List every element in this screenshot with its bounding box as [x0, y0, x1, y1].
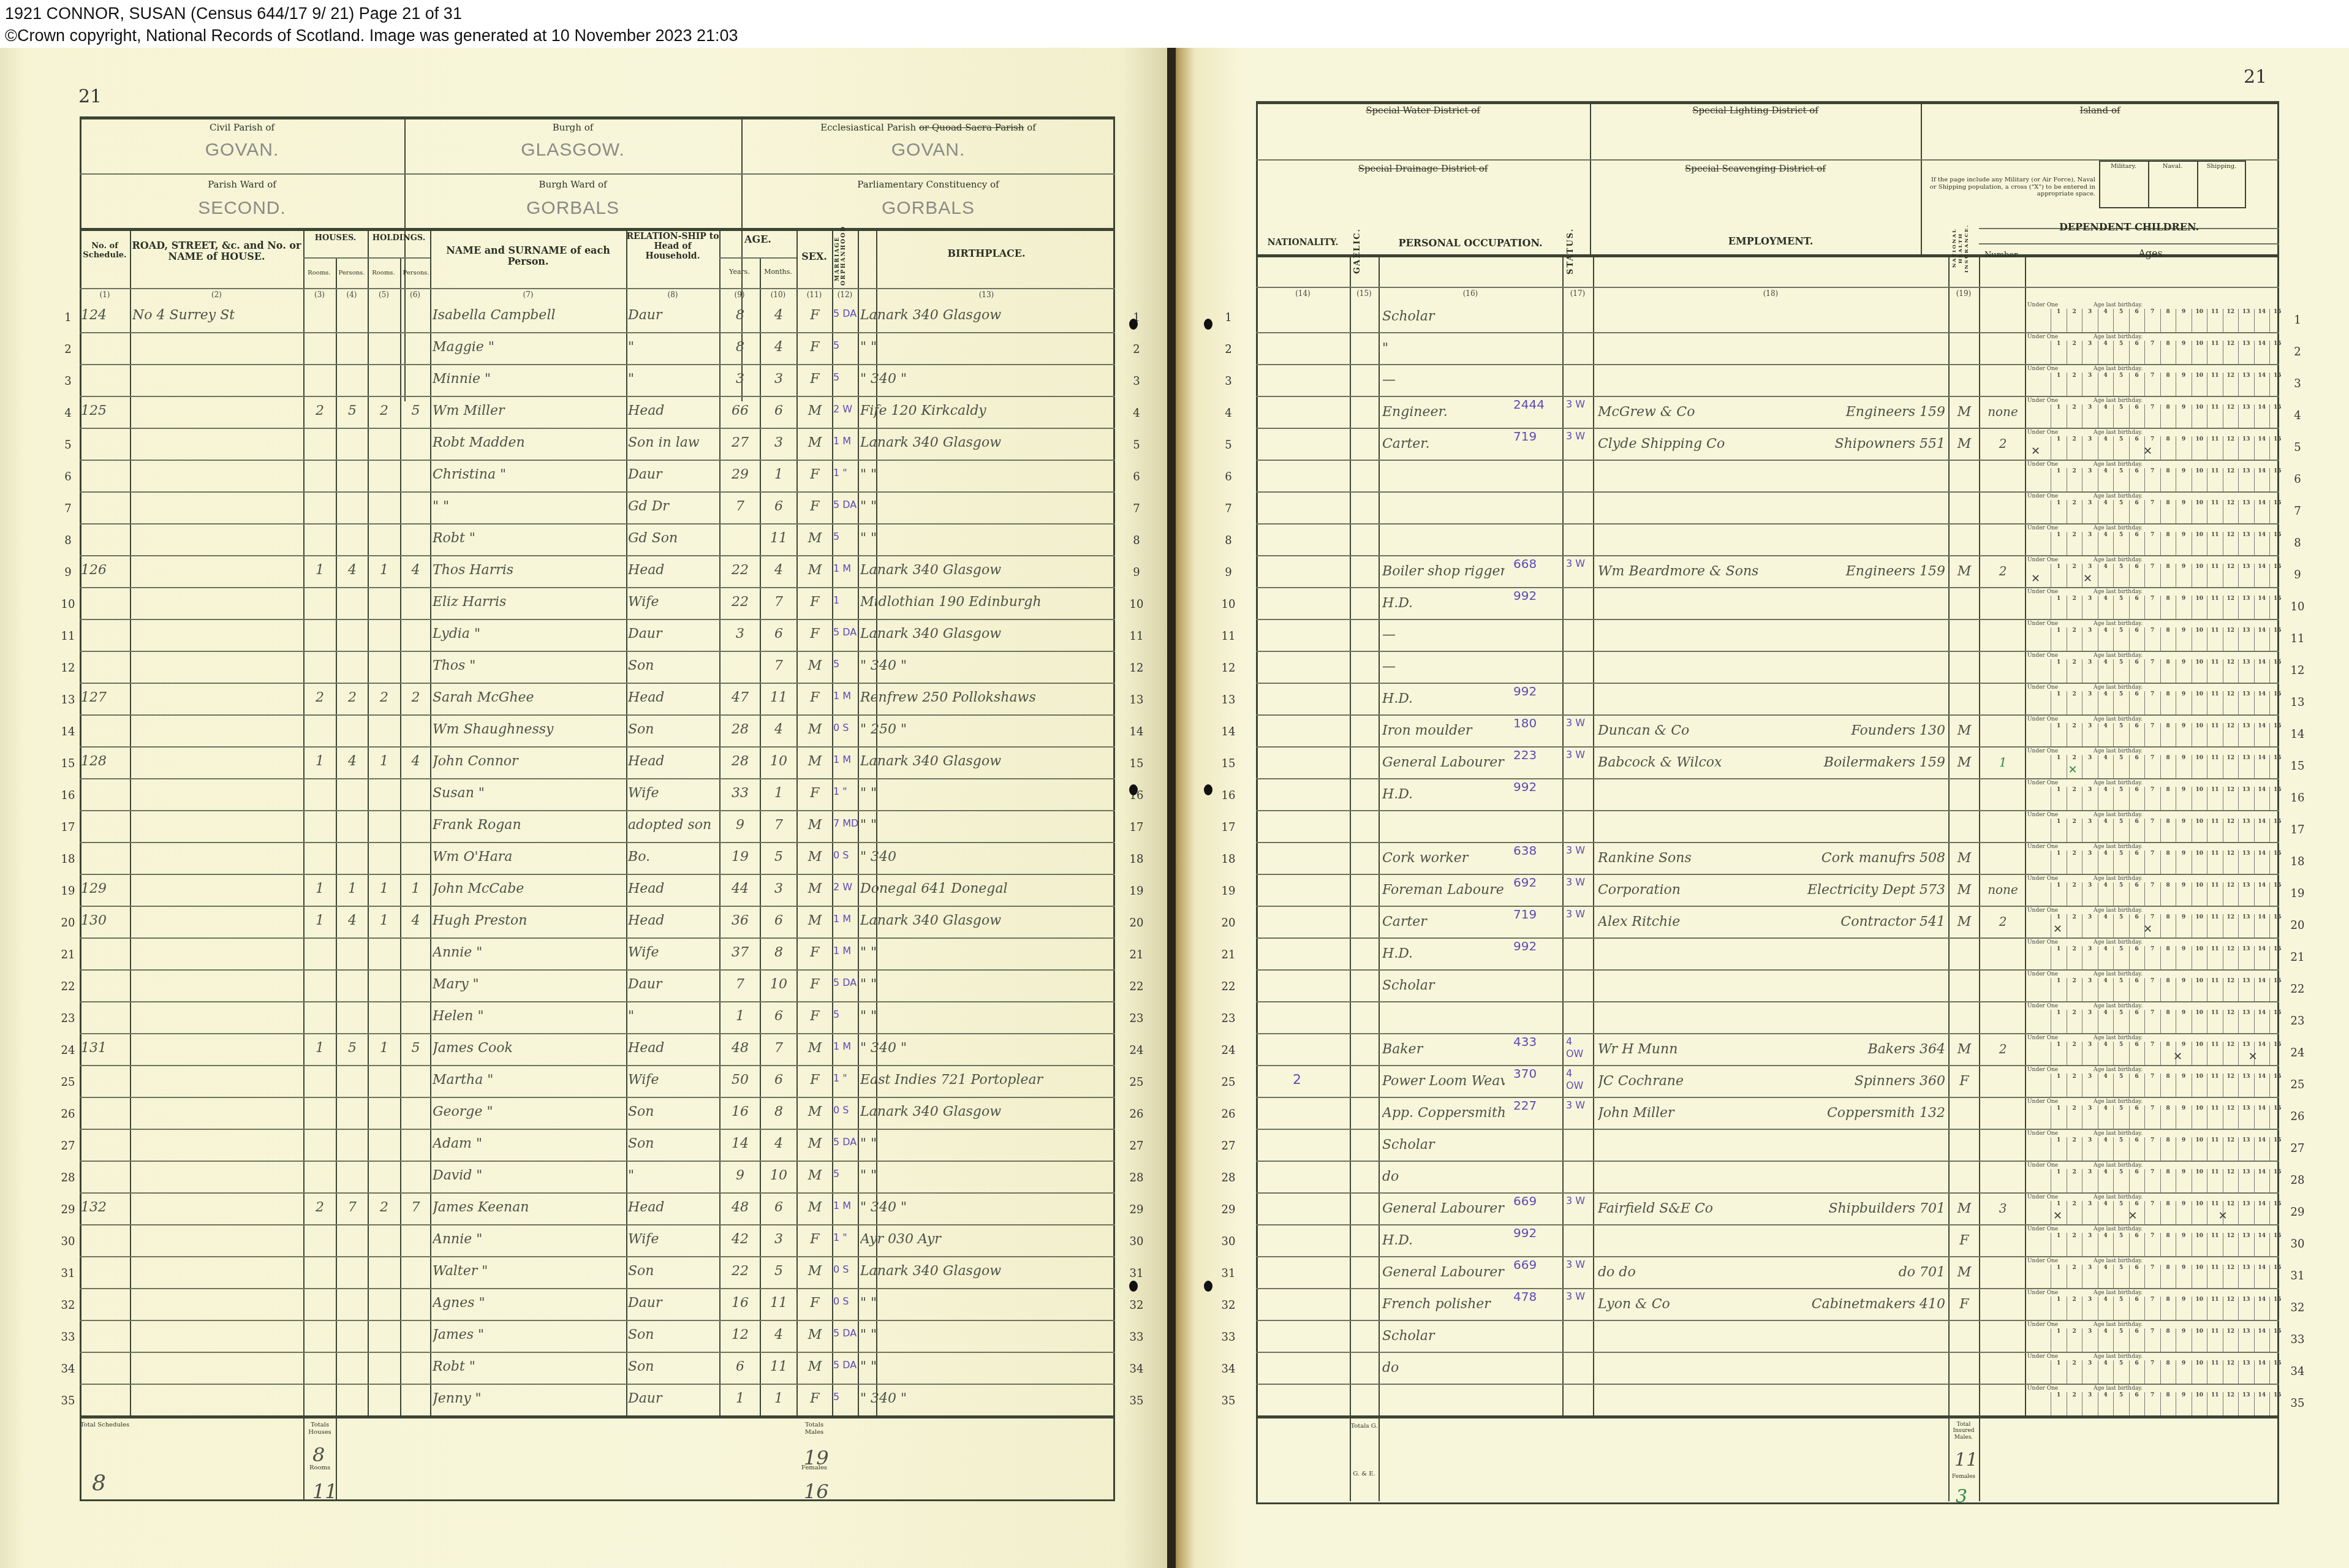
age-cross-mark: ✕ [2031, 572, 2040, 585]
cell-rel: Daur [628, 977, 719, 992]
under-one-label: Under One [2027, 876, 2058, 882]
dependent-age-grid: Under OneAge last birthday.1234567891011… [2026, 684, 2279, 713]
row-rule [80, 810, 1115, 811]
age-column: 14 [2254, 627, 2270, 651]
age-column: 2 [2067, 309, 2082, 332]
cell-rel: Gd Son [628, 531, 719, 546]
age-column: 6 [2129, 404, 2145, 428]
cell-name: Sarah McGhee [433, 690, 625, 705]
cell-employer: do do [1598, 1265, 1782, 1280]
age-column: 6 [2129, 787, 2145, 810]
cell-months: 10 [762, 1168, 796, 1183]
age-column: 10 [2192, 914, 2207, 937]
cell-rel: Head [628, 562, 719, 578]
cell-rel: Head [628, 913, 719, 928]
age-last-birthday-label: Age last birthday. [2094, 493, 2143, 499]
column-divider [719, 228, 721, 1415]
cell-months: 4 [762, 308, 796, 323]
cell-rel: Head [628, 881, 719, 896]
cell-name: Thos " [433, 658, 625, 673]
age-column: 3 [2082, 914, 2098, 937]
age-column: 9 [2176, 850, 2192, 874]
age-column: 9 [2176, 532, 2192, 555]
age-column: 4 [2098, 1042, 2114, 1065]
age-column: 15 [2269, 500, 2285, 523]
age-columns: 123456789101112131415 [2051, 1265, 2285, 1288]
age-column: 15 [2269, 1074, 2285, 1097]
line-number: 5 [1124, 439, 1149, 452]
age-column: 15 [2269, 723, 2285, 746]
cell-name: Robt " [433, 1359, 625, 1374]
under-one-label: Under One [2027, 366, 2058, 372]
cell-h_rooms: 2 [369, 690, 399, 705]
cell-birth: " 250 " [860, 722, 1114, 737]
age-column: 15 [2269, 946, 2285, 969]
age-column: 1 [2051, 500, 2067, 523]
line-number: 34 [2285, 1365, 2310, 1378]
age-column: 9 [2176, 914, 2192, 937]
cell-sex: F [798, 467, 831, 482]
age-column: 3 [2082, 1201, 2098, 1224]
age-column: 12 [2223, 787, 2239, 810]
cell-mar: 0 S [833, 1104, 858, 1116]
age-column: 1 [2051, 723, 2067, 746]
age-column: 4 [2098, 564, 2114, 587]
cell-birth: Lanark 340 Glasgow [860, 626, 1114, 642]
age-cross-mark: ✕ [2031, 445, 2040, 458]
age-column: 11 [2207, 882, 2223, 906]
age-column: 7 [2144, 691, 2160, 714]
cell-months: 3 [762, 1232, 796, 1247]
age-column: 9 [2176, 468, 2192, 491]
total-insured-label: Total Insured Males. [1948, 1422, 1979, 1441]
row-rule [80, 683, 1115, 684]
cell-months: 4 [762, 722, 796, 737]
age-column: 15 [2269, 691, 2285, 714]
cell-insurance: M [1952, 404, 1976, 420]
age-column: 6 [2129, 532, 2145, 555]
age-column: 4 [2098, 1169, 2114, 1192]
age-last-birthday-label: Age last birthday. [2094, 589, 2143, 595]
age-column: 7 [2144, 500, 2160, 523]
age-column: 2 [2067, 978, 2082, 1001]
total-insured-females: 3 [1956, 1486, 1978, 1507]
age-column: 8 [2160, 532, 2176, 555]
age-column: 12 [2223, 436, 2239, 460]
row-rule [80, 1001, 1115, 1002]
cell-birth: " 340 [860, 849, 1114, 865]
cell-years: 8 [722, 339, 758, 355]
age-column: 5 [2113, 404, 2129, 428]
age-column: 14 [2254, 723, 2270, 746]
age-column: 11 [2207, 627, 2223, 651]
line-number-gutter: 3 [59, 375, 77, 388]
col-number: (5) [368, 290, 400, 299]
cell-sex: M [798, 754, 831, 769]
age-column: 5 [2113, 787, 2129, 810]
age-column: 6 [2129, 1233, 2145, 1256]
line-number-gutter: 4 [59, 407, 77, 420]
age-column: 1 [2051, 1169, 2067, 1192]
cell-name: Minnie " [433, 371, 625, 387]
dependent-age-grid: Under OneAge last birthday.1234567891011… [2026, 843, 2279, 873]
line-number: 27 [1124, 1140, 1149, 1153]
cell-h_persons: 7 [401, 1200, 430, 1215]
cell-birth: Renfrew 250 Pollokshaws [860, 690, 1114, 705]
age-last-birthday-label: Age last birthday. [2094, 366, 2143, 372]
under-one-label: Under One [2027, 493, 2058, 499]
cell-name: Eliz Harris [433, 594, 625, 610]
total-insured-males: 11 [1954, 1449, 1976, 1471]
under-one-label: Under One [2027, 1290, 2058, 1296]
cell-occupation-code: 719 [1513, 907, 1561, 922]
age-columns: 123456789101112131415 [2051, 659, 2285, 683]
age-column: 1 [2051, 596, 2067, 619]
age-column: 1 [2051, 341, 2067, 364]
line-number: 24 [2285, 1047, 2310, 1059]
district-stamp: GORBALS [741, 198, 1115, 219]
cell-birth: " " [860, 817, 1114, 833]
cell-occupation: — [1382, 373, 1505, 388]
age-column: 4 [2098, 914, 2114, 937]
total-houses: 8 [312, 1443, 337, 1466]
cell-birth: " 340 " [860, 658, 1114, 673]
age-cross-mark: ✕ [2068, 763, 2078, 776]
line-number: 12 [2285, 664, 2310, 677]
age-column: 15 [2269, 914, 2285, 937]
age-column: 11 [2207, 532, 2223, 555]
age-column: 5 [2113, 914, 2129, 937]
age-column: 15 [2269, 850, 2285, 874]
line-number: 4 [1124, 407, 1149, 420]
cell-employer: McGrew & Co [1598, 404, 1782, 420]
age-column: 7 [2144, 1201, 2160, 1224]
cell-name: Susan " [433, 786, 625, 801]
age-column: 13 [2238, 1169, 2254, 1192]
age-column: 1 [2051, 1360, 2067, 1384]
age-column: 8 [2160, 1360, 2176, 1384]
age-column: 7 [2144, 819, 2160, 842]
age-column: 2 [2067, 500, 2082, 523]
cell-occupation-code: 668 [1513, 556, 1561, 571]
cell-name: John Connor [433, 754, 625, 769]
age-column: 12 [2223, 850, 2239, 874]
cell-schedule: 132 [81, 1200, 130, 1215]
cell-name: David " [433, 1168, 625, 1183]
cell-occupation-code: 992 [1513, 588, 1561, 603]
age-column: 9 [2176, 500, 2192, 523]
column-divider [1379, 1415, 1380, 1501]
column-divider [400, 257, 401, 1415]
cell-occupation: Scholar [1382, 1137, 1505, 1153]
line-number: 31 [1124, 1267, 1149, 1280]
age-column: 8 [2160, 691, 2176, 714]
line-number-gutter: 20 [1219, 917, 1238, 930]
line-number-gutter: 31 [1219, 1267, 1238, 1280]
age-column: 13 [2238, 436, 2254, 460]
age-column: 6 [2129, 1137, 2145, 1161]
cell-status: 3 W [1566, 908, 1592, 920]
cell-name: Martha " [433, 1072, 625, 1088]
line-number: 19 [2285, 887, 2310, 900]
age-column: 6 [2129, 850, 2145, 874]
cell-status: 3 W [1566, 1195, 1592, 1207]
cell-months: 3 [762, 881, 796, 896]
age-column: 9 [2176, 436, 2192, 460]
cell-sex: F [798, 945, 831, 960]
under-one-label: Under One [2027, 907, 2058, 914]
age-column: 4 [2098, 1201, 2114, 1224]
col-number: (13) [858, 290, 1115, 299]
cell-sex: M [798, 1104, 831, 1119]
cell-sex: F [798, 499, 831, 514]
age-column: 7 [2144, 404, 2160, 428]
age-column: 13 [2238, 309, 2254, 332]
age-column: 11 [2207, 564, 2223, 587]
cell-rel: Son in law [628, 435, 719, 450]
age-column: 1 [2051, 850, 2067, 874]
age-column: 9 [2176, 1201, 2192, 1224]
col-header-insurance: NATIONAL HEALTH INSURANCE. [1951, 211, 1978, 285]
col-number: (1) [80, 290, 130, 299]
district-label strike: Island of [1921, 105, 2279, 116]
age-column: 14 [2254, 850, 2270, 874]
under-one-label: Under One [2027, 525, 2058, 531]
age-column: 1 [2051, 978, 2067, 1001]
age-column: 9 [2176, 341, 2192, 364]
age-column: 2 [2067, 436, 2082, 460]
cell-sex: M [798, 403, 831, 419]
col-header-age: AGE. [719, 234, 796, 245]
book-spine [1167, 48, 1176, 1568]
cell-occupation-code: 227 [1513, 1098, 1561, 1113]
age-column: 10 [2192, 723, 2207, 746]
cell-schedule: 127 [81, 690, 130, 705]
cell-mar: 1 M [833, 690, 858, 702]
line-number-gutter: 6 [1219, 471, 1238, 483]
age-last-birthday-label: Age last birthday. [2094, 1226, 2143, 1232]
line-number: 28 [1124, 1172, 1149, 1184]
cell-years: 22 [722, 1263, 758, 1279]
dependent-age-grid: Under OneAge last birthday.1234567891011… [2026, 1225, 2279, 1255]
age-column: 11 [2207, 659, 2223, 683]
age-column: 4 [2098, 627, 2114, 651]
age-column: 11 [2207, 819, 2223, 842]
cell-rel: Head [628, 690, 719, 705]
cell-rel: Bo. [628, 849, 719, 865]
cell-occupation: — [1382, 659, 1505, 675]
cell-occupation: Carter [1382, 914, 1505, 930]
line-number: 25 [2285, 1078, 2310, 1091]
line-number-gutter: 8 [59, 534, 77, 547]
age-column: 6 [2129, 341, 2145, 364]
cell-birth: " " [860, 1136, 1114, 1151]
age-column: 10 [2192, 1169, 2207, 1192]
age-column: 1 [2051, 1233, 2067, 1256]
age-column: 4 [2098, 596, 2114, 619]
column-divider [1921, 101, 1922, 254]
row-rule [80, 1352, 1115, 1353]
line-number: 29 [2285, 1206, 2310, 1219]
age-column: 2 [2067, 787, 2082, 810]
cell-employer: Lyon & Co [1598, 1297, 1782, 1312]
line-number-gutter: 29 [59, 1203, 77, 1216]
line-number: 23 [1124, 1012, 1149, 1025]
age-columns: 123456789101112131415 [2051, 1074, 2285, 1097]
age-column: 15 [2269, 1360, 2285, 1384]
cell-rel: Son [628, 1136, 719, 1151]
age-columns: 123456789101112131415 [2051, 1328, 2285, 1352]
dependent-age-grid: Under OneAge last birthday.1234567891011… [2026, 333, 2279, 363]
age-column: 6 [2129, 1105, 2145, 1129]
cell-name: Wm Miller [433, 403, 625, 419]
age-column: 3 [2082, 627, 2098, 651]
cell-rel: Head [628, 1200, 719, 1215]
line-number: 35 [1124, 1395, 1149, 1407]
age-column: 10 [2192, 627, 2207, 651]
age-column: 5 [2113, 691, 2129, 714]
age-column: 14 [2254, 914, 2270, 937]
cell-nationality: 2 [1293, 1072, 1330, 1088]
age-column: 6 [2129, 1392, 2145, 1415]
age-column: 11 [2207, 1010, 2223, 1033]
age-column: 10 [2192, 309, 2207, 332]
age-column: 2 [2067, 404, 2082, 428]
age-column: 11 [2207, 1233, 2223, 1256]
cell-name: John McCabe [433, 881, 625, 896]
cell-birth: " " [860, 786, 1114, 801]
cell-rel: Son [628, 1359, 719, 1374]
age-column: 7 [2144, 882, 2160, 906]
age-column: 12 [2223, 1360, 2239, 1384]
cell-employer: Duncan & Co [1598, 723, 1782, 738]
age-last-birthday-label: Age last birthday. [2094, 1003, 2143, 1009]
age-column: 4 [2098, 1074, 2114, 1097]
row-rule [80, 778, 1115, 779]
age-column: 10 [2192, 882, 2207, 906]
under-one-label: Under One [2027, 1003, 2058, 1009]
age-column: 3 [2082, 532, 2098, 555]
rule [1979, 243, 2279, 244]
age-column: 13 [2238, 659, 2254, 683]
line-number: 24 [1124, 1044, 1149, 1057]
total-rooms: 11 [312, 1480, 337, 1503]
cell-years: 19 [722, 849, 758, 865]
age-column: 7 [2144, 755, 2160, 778]
age-column: 1 [2051, 946, 2067, 969]
age-last-birthday-label: Age last birthday. [2094, 1258, 2143, 1264]
cell-occupation: App. Coppersmith [1382, 1105, 1505, 1121]
cell-employer: Rankine Sons [1598, 850, 1782, 866]
cell-sex: M [798, 913, 831, 928]
line-number-gutter: 33 [59, 1331, 77, 1344]
col-header-schedule: No. of Schedule. [80, 242, 130, 260]
cell-name: Wm Shaughnessy [433, 722, 625, 737]
under-one-label: Under One [2027, 1258, 2058, 1264]
age-column: 8 [2160, 468, 2176, 491]
line-number: 18 [1124, 853, 1149, 866]
row-rule [80, 906, 1115, 907]
age-column: 14 [2254, 1169, 2270, 1192]
age-column: 12 [2223, 882, 2239, 906]
age-columns: 123456789101112131415 [2051, 500, 2285, 523]
rule [1256, 101, 2279, 104]
age-column: 4 [2098, 1360, 2114, 1384]
cell-sex: M [798, 1200, 831, 1215]
age-column: 3 [2082, 1042, 2098, 1065]
cell-months: 5 [762, 1263, 796, 1279]
cell-mar: 7 MD [833, 817, 858, 829]
under-one-label: Under One [2027, 716, 2058, 722]
age-columns: 123456789101112131415 [2051, 532, 2285, 555]
cell-name: Jenny " [433, 1391, 625, 1406]
age-column: 4 [2098, 882, 2114, 906]
under-one-label: Under One [2027, 302, 2058, 308]
cell-occupation-code: 992 [1513, 684, 1561, 699]
total-rooms-label: Rooms [304, 1464, 336, 1472]
cell-months: 10 [762, 754, 796, 769]
age-column: 6 [2129, 1169, 2145, 1192]
age-last-birthday-label: Age last birthday. [2094, 557, 2143, 563]
age-column: 9 [2176, 596, 2192, 619]
cell-rel: adopted son [628, 817, 719, 833]
line-number-gutter: 34 [1219, 1363, 1238, 1376]
age-column: 1 [2051, 1328, 2067, 1352]
age-column: 1 [2051, 1010, 2067, 1033]
age-column: 7 [2144, 1042, 2160, 1065]
age-column: 5 [2113, 1042, 2129, 1065]
age-column: 3 [2082, 659, 2098, 683]
age-column: 10 [2192, 1042, 2207, 1065]
age-column: 11 [2207, 596, 2223, 619]
cell-years: 22 [722, 562, 758, 578]
cell-occupation: Scholar [1382, 309, 1505, 324]
age-column: 7 [2144, 1010, 2160, 1033]
cell-occupation-code: 692 [1513, 875, 1561, 890]
age-column: 3 [2082, 1137, 2098, 1161]
under-one-label: Under One [2027, 1035, 2058, 1041]
age-columns: 123456789101112131415 [2051, 882, 2285, 906]
age-column: 5 [2113, 1392, 2129, 1415]
line-number: 17 [1124, 821, 1149, 834]
cell-years: 28 [722, 754, 758, 769]
total-insured-females-label: Females [1948, 1474, 1979, 1480]
district-label: Ecclesiastical Parish or Quoad Sacra Par… [741, 123, 1115, 133]
cell-rel: Head [628, 754, 719, 769]
age-column: 10 [2192, 404, 2207, 428]
row-rule [80, 1161, 1115, 1162]
cell-years: 28 [722, 722, 758, 737]
age-column: 13 [2238, 627, 2254, 651]
cell-status: 3 W [1566, 876, 1592, 888]
age-column: 10 [2192, 755, 2207, 778]
column-divider [336, 257, 337, 1415]
line-number: 20 [1124, 917, 1149, 930]
cell-years: 48 [722, 1040, 758, 1056]
row-rule [80, 587, 1115, 588]
cell-rel: Son [628, 658, 719, 673]
cell-rel: Daur [628, 626, 719, 642]
cell-persons: 4 [337, 754, 368, 769]
district-label: Civil Parish of [80, 123, 404, 133]
line-number: 10 [1124, 598, 1149, 611]
age-column: 6 [2129, 436, 2145, 460]
age-column: 10 [2192, 850, 2207, 874]
cell-schedule: 131 [81, 1040, 130, 1056]
age-column: 15 [2269, 1392, 2285, 1415]
cell-occupation: H.D. [1382, 1233, 1505, 1248]
age-column: 14 [2254, 1074, 2270, 1097]
